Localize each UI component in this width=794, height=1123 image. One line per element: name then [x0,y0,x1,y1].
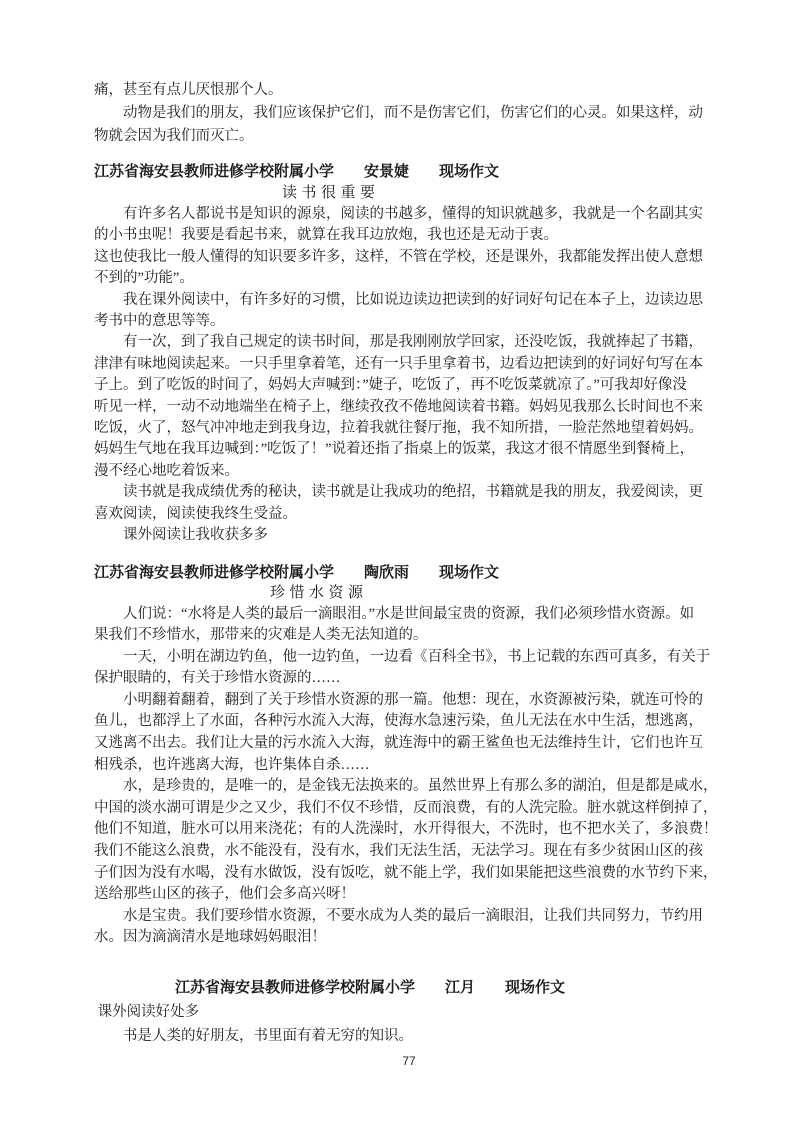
text-line: 水。因为滴滴清水是地球妈妈眼泪！ [94,927,724,949]
essay-body: 人们说：“水将是人类的最后一滴眼泪。”水是世间最宝贵的资源，我们必须珍惜水资源。… [94,604,724,950]
document-page: 痛，甚至有点儿厌恨那个人。 动物是我们的朋友，我们应该保护它们，而不是伤害它们，… [0,0,794,1123]
text-line: 考书中的意思等等。 [94,311,724,332]
essay-section: 江苏省海安县教师进修学校附属小学 江月 现场作文 课外阅读好处多 书是人类的好朋… [94,977,724,1048]
text-line: 有许多名人都说书是知识的源泉，阅读的书越多，懂得的知识就越多，我就是一个名副其实 [94,204,724,225]
text-line: 鱼儿，也都浮上了水面，各种污水流入大海，使海水急速污染，鱼儿无法在水中生活，想逃… [94,711,724,733]
text-line: 人们说：“水将是人类的最后一滴眼泪。”水是世间最宝贵的资源，我们必须珍惜水资源。… [94,604,724,626]
essay-section: 江苏省海安县教师进修学校附属小学 安景婕 现场作文读书很重要 有许多名人都说书是… [94,162,724,547]
text-line: 果我们不珍惜水，那带来的灾难是人类无法知道的。 [94,625,724,647]
text-line: 书是人类的好朋友，书里面有着无穷的知识。 [94,1024,724,1048]
essay-title: 珍惜水资源 [94,583,724,604]
text-line: 相残杀，也许逃离大海，也许集体自杀…… [94,755,724,777]
text-line: 保护眼睛的，有关于珍惜水资源的…… [94,668,724,690]
text-line: 读书就是我成绩优秀的秘诀，读书就是让我成功的绝招，书籍就是我的朋友，我爱阅读，更 [94,482,724,503]
text-line: 的小书虫呢！我要是看起书来，就算在我耳边放炮，我也还是无动于衷。 [94,225,724,246]
text-line: 中国的淡水湖可谓是少之又少，我们不仅不珍惜，反而浪费，有的人洗完脸。脏水就这样倒… [94,798,724,820]
text-line: 不到的”功能”。 [94,268,724,289]
text-line: 痛，甚至有点儿厌恨那个人。 [94,79,724,102]
text-line: 动物是我们的朋友，我们应该保护它们，而不是伤害它们，伤害它们的心灵。如果这样，动 [94,102,724,125]
text-line: 子们因为没有水喝，没有水做饭，没有饭吃，就不能上学，我们如果能把这些浪费的水节约… [94,863,724,885]
essay-header: 江苏省海安县教师进修学校附属小学 安景婕 现场作文 [94,162,724,182]
text-line: 又逃离不出去。我们让大量的污水流入大海，就连海中的霸王鲨鱼也无法维持生计，它们也… [94,733,724,755]
text-line: 吃饭，火了，怒气冲冲地走到我身边，拉着我就往餐厅拖，我不知所措，一脸茫然地望着妈… [94,418,724,439]
continuation-paragraphs: 痛，甚至有点儿厌恨那个人。 动物是我们的朋友，我们应该保护它们，而不是伤害它们，… [94,79,724,148]
text-line: 我们不能这么浪费，水不能没有，没有水，我们无法生活，无法学习。现在有多少贫困山区… [94,841,724,863]
text-line: 水是宝贵。我们要珍惜水资源，不要水成为人类的最后一滴眼泪，让我们共同努力，节约用 [94,906,724,928]
text-line: 这也使我比一般人懂得的知识要多许多，这样，不管在学校，还是课外，我都能发挥出使人… [94,247,724,268]
text-line: 小明翻着翻着，翻到了关于珍惜水资源的那一篇。他想：现在，水资源被污染，就连可怜的 [94,690,724,712]
essays-container: 江苏省海安县教师进修学校附属小学 安景婕 现场作文读书很重要 有许多名人都说书是… [94,162,724,1048]
essay-body: 课外阅读好处多 书是人类的好朋友，书里面有着无穷的知识。 [94,1000,724,1048]
text-line: 有一次，到了我自己规定的读书时间，那是我刚刚放学回家，还没吃饭，我就捧起了书籍， [94,332,724,353]
essay-body: 有许多名人都说书是知识的源泉，阅读的书越多，懂得的知识就越多，我就是一个名副其实… [94,204,724,547]
essay-header: 江苏省海安县教师进修学校附属小学 陶欣雨 现场作文 [94,563,724,583]
text-line: 课外阅读让我收获多多 [94,525,724,546]
text-line: 子上。到了吃饭的时间了，妈妈大声喊到：”婕子，吃饭了，再不吃饭菜就凉了。”可我却… [94,375,724,396]
essay-section: 江苏省海安县教师进修学校附属小学 陶欣雨 现场作文珍惜水资源 人们说：“水将是人… [94,563,724,950]
text-line: 物就会因为我们而灭亡。 [94,125,724,148]
text-line: 水，是珍贵的，是唯一的，是金钱无法换来的。虽然世界上有那么多的湖泊，但是都是咸水… [94,776,724,798]
text-line: 喜欢阅读，阅读使我终生受益。 [94,504,724,525]
text-line: 课外阅读好处多 [94,1000,724,1024]
text-line: 妈妈生气地在我耳边喊到：”吃饭了！”说着还指了指桌上的饭菜，我这才很不情愿坐到餐… [94,439,724,460]
text-line: 送给那些山区的孩子，他们会多高兴呀！ [94,884,724,906]
text-line: 听见一样，一动不动地端坐在椅子上，继续孜孜不倦地阅读着书籍。妈妈见我那么长时间也… [94,397,724,418]
text-line: 津津有味地阅读起来。一只手里拿着笔，还有一只手里拿着书，边看边把读到的好词好句写… [94,354,724,375]
text-line: 一天，小明在湖边钓鱼，他一边钓鱼，一边看《百科全书》，书上记载的东西可真多，有关… [94,647,724,669]
text-line: 他们不知道，脏水可以用来浇花；有的人洗澡时，水开得很大，不洗时，也不把水关了，多… [94,819,724,841]
essay-header: 江苏省海安县教师进修学校附属小学 江月 现场作文 [94,977,724,1000]
text-line: 我在课外阅读中，有许多好的习惯，比如说边读边把读到的好词好句记在本子上，边读边思 [94,290,724,311]
text-line: 漫不经心地吃着饭来。 [94,461,724,482]
essay-title: 读书很重要 [94,182,724,204]
page-number: 77 [94,1054,724,1068]
